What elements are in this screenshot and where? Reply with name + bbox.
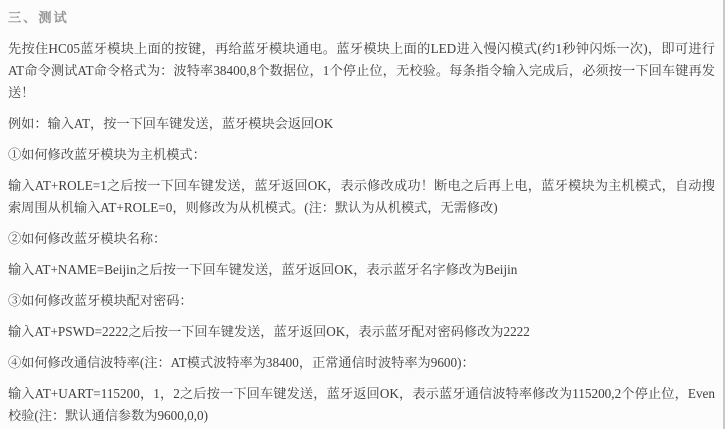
example-line: 例如：输入AT，按一下回车键发送，蓝牙模块会返回OK: [8, 113, 715, 135]
step-3-title: ③如何修改蓝牙模块配对密码：: [8, 290, 715, 312]
step-2-body: 输入AT+NAME=Beijin之后按一下回车键发送，蓝牙返回OK，表示蓝牙名字…: [8, 259, 715, 281]
document-page: 三、测试 先按住HC05蓝牙模块上面的按键，再给蓝牙模块通电。蓝牙模块上面的LE…: [0, 0, 725, 429]
intro-paragraph: 先按住HC05蓝牙模块上面的按键，再给蓝牙模块通电。蓝牙模块上面的LED进入慢闪…: [8, 38, 715, 104]
step-4-title: ④如何修改通信波特率(注：AT模式波特率为38400，正常通信时波特率为9600…: [8, 352, 715, 374]
step-1-body: 输入AT+ROLE=1之后按一下回车键发送，蓝牙返回OK，表示修改成功！断电之后…: [8, 175, 715, 219]
step-1-title: ①如何修改蓝牙模块为主机模式：: [8, 144, 715, 166]
step-3-body: 输入AT+PSWD=2222之后按一下回车键发送，蓝牙返回OK，表示蓝牙配对密码…: [8, 321, 715, 343]
step-4-body: 输入AT+UART=115200，1，2之后按一下回车键发送，蓝牙返回OK，表示…: [8, 383, 715, 427]
step-2-title: ②如何修改蓝牙模块名称：: [8, 228, 715, 250]
section-heading: 三、测试: [8, 7, 715, 29]
